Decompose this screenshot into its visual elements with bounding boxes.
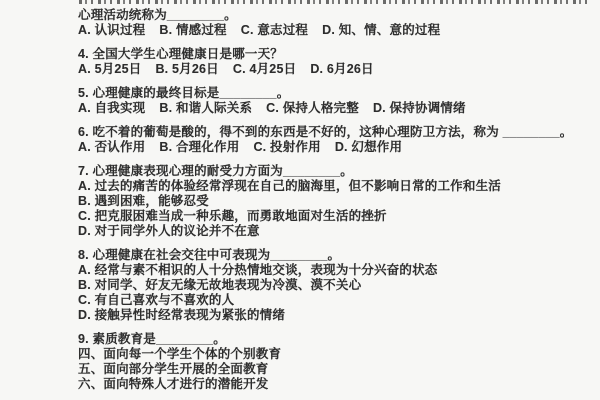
question-block-8: 8. 心理健康在社会交往中可表现为________。 A. 经常与素不相识的人十… <box>78 248 588 323</box>
option-d: D. 幻想作用 <box>335 140 402 155</box>
option-wu: 五、面向部分学生开展的全面教育 <box>78 362 588 377</box>
option-d: D. 知、情、意的过程 <box>322 23 440 38</box>
option-a: A. 经常与素不相识的人十分热情地交谈，表现为十分兴奋的状态 <box>78 263 588 278</box>
option-d: D. 保持协调情绪 <box>373 101 466 116</box>
option-b: B. 对同学、好友无缘无故地表现为冷漠、漠不关心 <box>78 278 588 293</box>
options-row: A. 5月25日 B. 5月26日 C. 4月25日 D. 6月26日 <box>78 62 588 77</box>
question-stem: 心理活动统称为________。 <box>78 8 588 23</box>
question-block-6: 6. 吃不着的葡萄是酸的，得不到的东西是不好的，这种心理防卫方法，称为 ____… <box>78 125 588 155</box>
option-si: 四、面向每一个学生个体的个别教育 <box>78 347 588 362</box>
option-c: C. 有自己喜欢与不喜欢的人 <box>78 293 588 308</box>
question-block-5: 5. 心理健康的最终目标是________。 A. 自我实现 B. 和谐人际关系… <box>78 86 588 116</box>
scanned-exam-page: 心理活动统称为________。 A. 认识过程 B. 情感过程 C. 意志过程… <box>0 0 600 400</box>
question-list: 心理活动统称为________。 A. 认识过程 B. 情感过程 C. 意志过程… <box>78 8 588 400</box>
option-b: B. 和谐人际关系 <box>159 101 252 116</box>
option-b: B. 情感过程 <box>159 23 226 38</box>
question-stem: 7. 心理健康表现心理的耐受力方面为________。 <box>78 164 588 179</box>
question-block-4: 4. 全国大学生心理健康日是哪一天？ A. 5月25日 B. 5月26日 C. … <box>78 47 588 77</box>
options-row: A. 否认作用 B. 合理化作用 C. 投射作用 D. 幻想作用 <box>78 140 588 155</box>
option-c: C. 4月25日 <box>233 62 296 77</box>
clipped-text-line <box>79 0 591 4</box>
question-stem: 6. 吃不着的葡萄是酸的，得不到的东西是不好的，这种心理防卫方法，称为 ____… <box>78 125 588 140</box>
question-stem: 9. 素质教育是________。 <box>78 332 588 347</box>
question-block-3: 心理活动统称为________。 A. 认识过程 B. 情感过程 C. 意志过程… <box>78 8 588 38</box>
options-row: A. 认识过程 B. 情感过程 C. 意志过程 D. 知、情、意的过程 <box>78 23 588 38</box>
option-c: C. 保持人格完整 <box>266 101 359 116</box>
option-a: A. 5月25日 <box>78 62 141 77</box>
option-c: C. 意志过程 <box>241 23 308 38</box>
question-stem: 8. 心理健康在社会交往中可表现为________。 <box>78 248 588 263</box>
option-b: B. 遇到困难，能够忍受 <box>78 194 588 209</box>
option-d: D. 接触异性时经常表现为紧张的情绪 <box>78 308 588 323</box>
option-d: D. 对于同学外人的议论并不在意 <box>78 224 588 239</box>
question-stem: 5. 心理健康的最终目标是________。 <box>78 86 588 101</box>
question-block-7: 7. 心理健康表现心理的耐受力方面为________。 A. 过去的痛苦的体验经… <box>78 164 588 239</box>
options-row: A. 自我实现 B. 和谐人际关系 C. 保持人格完整 D. 保持协调情绪 <box>78 101 588 116</box>
option-a: A. 否认作用 <box>78 140 145 155</box>
option-a: A. 自我实现 <box>78 101 145 116</box>
option-c: C. 投射作用 <box>253 140 320 155</box>
option-b: B. 合理化作用 <box>159 140 239 155</box>
question-block-9: 9. 素质教育是________。 四、面向每一个学生个体的个别教育 五、面向部… <box>78 332 588 392</box>
option-c: C. 把克服困难当成一种乐趣，而勇敢地面对生活的挫折 <box>78 209 588 224</box>
option-a: A. 认识过程 <box>78 23 145 38</box>
option-b: B. 5月26日 <box>155 62 218 77</box>
question-stem: 4. 全国大学生心理健康日是哪一天？ <box>78 47 588 62</box>
option-d: D. 6月26日 <box>310 62 373 77</box>
option-a: A. 过去的痛苦的体验经常浮现在自己的脑海里，但不影响日常的工作和生活 <box>78 179 588 194</box>
option-liu: 六、面向特殊人才进行的潜能开发 <box>78 377 588 392</box>
